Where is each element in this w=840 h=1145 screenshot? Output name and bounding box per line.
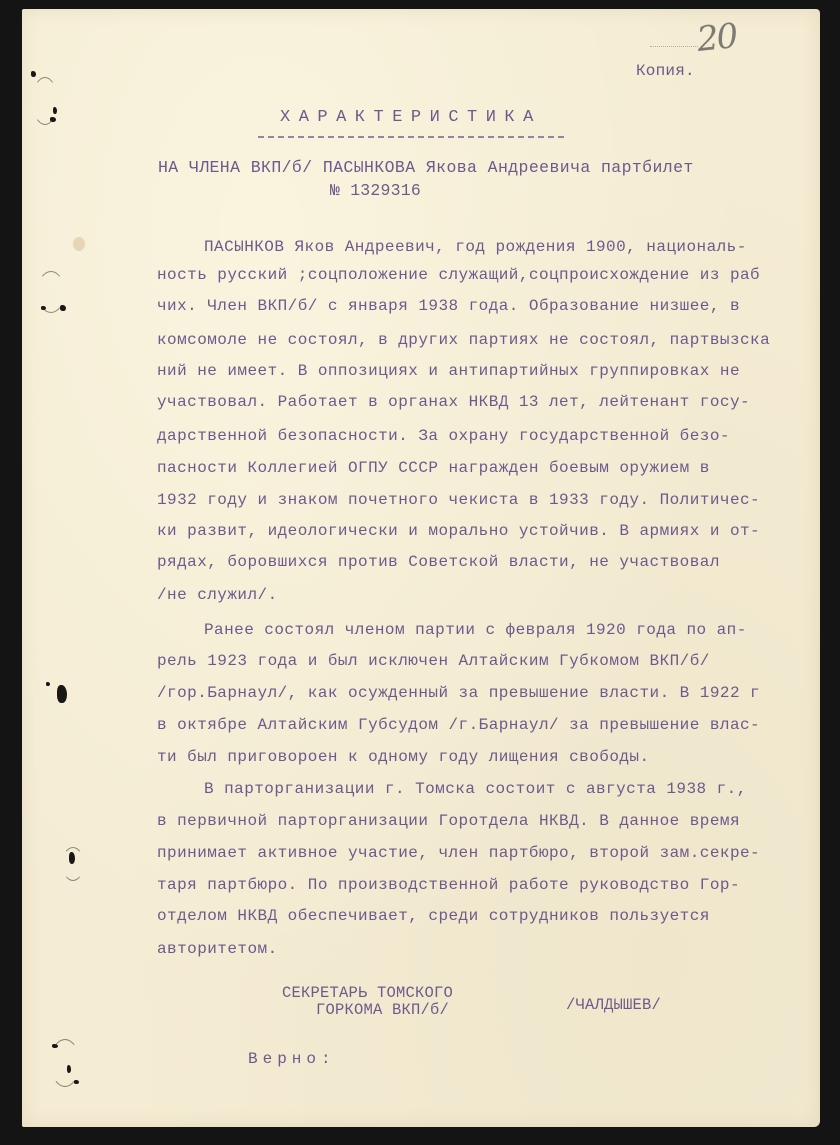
text-line: в октябре Алтайским Губсудом /г.Барнаул/… — [157, 716, 760, 734]
text-line: рель 1923 года и был исключен Алтайским … — [157, 652, 710, 670]
text-line: /не служил/. — [157, 586, 278, 604]
copy-mark: Копия. — [636, 62, 695, 80]
text-line: Ранее состоял членом партии с февраля 19… — [204, 621, 747, 639]
punch-hole-tear — [50, 1039, 80, 1087]
punch-hole-damage — [57, 685, 67, 703]
punch-hole-damage — [31, 71, 36, 77]
text-line: рядах, боровшихся против Советской власт… — [157, 553, 720, 571]
text-line: участвовал. Работает в органах НКВД 13 л… — [157, 393, 750, 411]
text-line: 1932 году и знаком почетного чекиста в 1… — [157, 491, 760, 509]
archival-page-number: 20 — [695, 16, 738, 60]
signatory-position-line2: ГОРКОМА ВКП/б/ — [286, 1001, 449, 1019]
text-line: /гор.Барнаул/, как осужденный за превыше… — [157, 684, 760, 702]
text-line: ность русский ;соцположение служащий,соц… — [157, 266, 760, 284]
text-line: комсомоле не состоял, в других партиях н… — [157, 331, 770, 349]
document-subtitle: НА ЧЛЕНА ВКП/б/ ПАСЫНКОВА Якова Андрееви… — [158, 158, 694, 177]
text-line: принимает активное участие, член партбюр… — [157, 844, 760, 862]
text-line: ки развит, идеологически и морально усто… — [157, 522, 760, 540]
punch-hole-tear — [32, 77, 58, 125]
paper-stain — [73, 237, 85, 251]
page-number-leader — [650, 46, 698, 47]
text-line: отделом НКВД обеспечивает, среди сотрудн… — [157, 907, 710, 925]
text-line: ний не имеет. В оппозициях и антипартийн… — [157, 362, 740, 380]
punch-hole-tear — [62, 847, 84, 881]
text-line: дарственной безопасности. За охрану госу… — [157, 427, 730, 445]
text-line: пасности Коллегией ОГПУ СССР награжден б… — [157, 459, 710, 477]
text-line: ПАСЫНКОВ Яков Андреевич, год рождения 19… — [204, 238, 747, 256]
punch-hole-damage — [46, 682, 50, 686]
signatory-position: СЕКРЕТАРЬ ТОМСКОГО ГОРКОМА ВКП/б/ — [282, 985, 453, 1019]
text-line: таря партбюро. По производственной работ… — [157, 876, 740, 894]
certification-label: Верно: — [248, 1050, 336, 1068]
text-line: в первичной парторганизации Горотдела НК… — [157, 812, 740, 830]
text-line: ти был приговороен к одному году лищения… — [157, 748, 650, 766]
signatory-name: /ЧАЛДЫШЕВ/ — [566, 996, 661, 1014]
punch-hole-tear — [37, 271, 65, 313]
signatory-position-line1: СЕКРЕТАРЬ ТОМСКОГО — [282, 984, 453, 1002]
text-line: В парторганизации г. Томска состоит с ав… — [204, 780, 747, 798]
party-card-number: № 1329316 — [330, 181, 421, 200]
title-underline — [258, 136, 564, 138]
text-line: авторитетом. — [157, 940, 278, 958]
text-line: чих. Член ВКП/б/ с января 1938 года. Обр… — [157, 297, 740, 315]
document-title: ХАРАКТЕРИСТИКА — [280, 108, 542, 127]
